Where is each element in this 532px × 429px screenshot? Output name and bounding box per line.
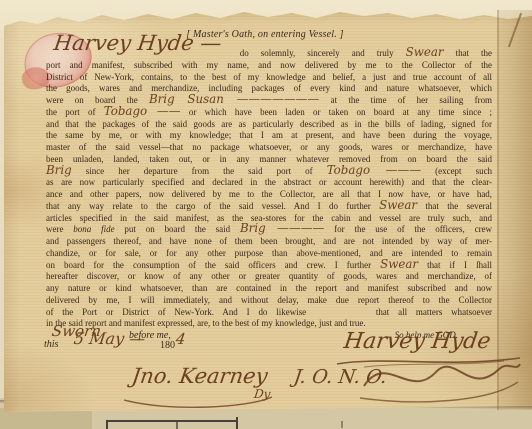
oath-line: Brig since her departure from the said p… — [46, 167, 492, 179]
printed-text: that all matters whatsoever — [367, 308, 492, 318]
oath-line: been unladen, landed, taken out, or in a… — [46, 155, 492, 167]
oath-line: on board for the consumption of the said… — [46, 261, 492, 273]
printed-text: for the use of the officers, crew — [324, 225, 492, 235]
printed-text: bona fide — [73, 225, 114, 235]
date-handwritten: 5 May — — [73, 329, 147, 348]
oath-line: any nature or kind whatsoever, than are … — [46, 284, 492, 296]
oath-line: and that the packages of the said goods … — [46, 120, 492, 132]
this-label: this — [44, 339, 58, 350]
printed-text: put on board the said — [115, 225, 240, 235]
printed-text: since her departure from the said port o… — [72, 167, 327, 177]
witness-signature: Jno. Kearney — [130, 364, 269, 388]
oath-line: ance and other papers, now delivered by … — [46, 190, 492, 202]
printed-text: the same by me, or with my knowledge; th… — [46, 131, 492, 141]
handwritten-entry: Swear — [380, 256, 418, 271]
printed-text: as are now particularly specified and de… — [46, 178, 492, 188]
blank-space — [315, 314, 367, 315]
paper-fold-shade — [497, 10, 532, 410]
deputy-abbreviation: Dy — [253, 387, 271, 401]
printed-text: and that the packages of the said goods … — [46, 120, 492, 130]
printed-text: that the several — [417, 202, 492, 212]
printed-text: the port of — [46, 108, 104, 118]
printed-text: ance and other papers, now delivered by … — [46, 190, 492, 200]
oath-line: port and manifest, subscribed with my na… — [46, 61, 492, 73]
printed-text: chandize, or for sale, or for any other … — [46, 249, 492, 259]
year-printed: 180 — [160, 340, 175, 351]
underlying-document-marks — [106, 420, 238, 422]
oath-line: that any way relate to the cargo of the … — [46, 202, 492, 214]
underlying-document-marks — [106, 420, 108, 429]
handwritten-entry: Brig ———— — [240, 220, 324, 235]
printed-text: that if I ſhall — [418, 261, 492, 271]
oath-line: the same by me, or with my knowledge; th… — [46, 131, 492, 143]
printed-text: of the Port or District of New-York. And… — [46, 308, 315, 318]
printed-text: District of New-York, contains, to the b… — [46, 73, 492, 83]
printed-text: any nature or kind whatsoever, than are … — [46, 284, 492, 294]
oath-line: as are now particularly specified and de… — [46, 178, 492, 190]
printed-text: that any way relate to the cargo of the … — [46, 202, 379, 212]
oath-line: chandize, or for sale, or for any other … — [46, 249, 492, 261]
master-name-handwritten: Harvey Hyde — — [52, 31, 223, 55]
handwritten-entry: Swear — [379, 197, 417, 212]
document-scan: [ Master's Oath, on entering Vessel. ] d… — [0, 0, 532, 429]
printed-text: master of the said vessel—that no packag… — [46, 143, 492, 153]
underlying-document-marks — [236, 417, 238, 429]
oath-line: the port of Tobago —— or which have been… — [46, 108, 492, 120]
printed-text: (except such — [421, 167, 492, 177]
printed-text: were — [46, 225, 73, 235]
printed-text: delivered by me, I will immediately, and… — [46, 296, 492, 306]
oath-line: hereafter discover, or know of any other… — [46, 272, 492, 284]
oath-line: were bona fide put on board the said Bri… — [46, 225, 492, 237]
printed-text: port and manifest, subscribed with my na… — [46, 61, 492, 71]
handwritten-entry: Brig — [46, 162, 72, 177]
year-digit-handwritten: 4 — [175, 330, 187, 348]
printed-text: that the — [444, 49, 492, 59]
blank-space — [46, 55, 240, 56]
underlying-document-marks — [341, 421, 343, 428]
oath-line: District of New-York, contains, to the b… — [46, 73, 492, 85]
oath-line: master of the said vessel—that no packag… — [46, 143, 492, 155]
handwritten-entry: Swear — [406, 44, 444, 59]
oath-line: and passengers thereof, and have none of… — [46, 237, 492, 249]
printed-text: or which have been laden or taken on boa… — [181, 108, 492, 118]
oath-body: do solemnly, sincerely and truly Swear t… — [46, 49, 492, 343]
printed-text: at the time of her sailing from — [319, 96, 492, 106]
printed-text: been unladen, landed, taken out, or in a… — [46, 155, 492, 165]
printed-text: and passengers thereof, and have none of… — [46, 237, 492, 247]
oath-line: delivered by me, I will immediately, and… — [46, 296, 492, 308]
printed-text: hereafter discover, or know of any other… — [46, 272, 492, 282]
oath-line: of the Port or District of New-York. And… — [46, 308, 492, 320]
underlying-document-marks — [176, 421, 178, 429]
handwritten-entry: Tobago —— — [104, 103, 181, 118]
printed-text: do solemnly, sincerely and truly — [240, 49, 406, 59]
handwritten-entry: Tobago ——— — [327, 162, 421, 177]
printed-text: on board for the consumption of the said… — [46, 261, 380, 271]
